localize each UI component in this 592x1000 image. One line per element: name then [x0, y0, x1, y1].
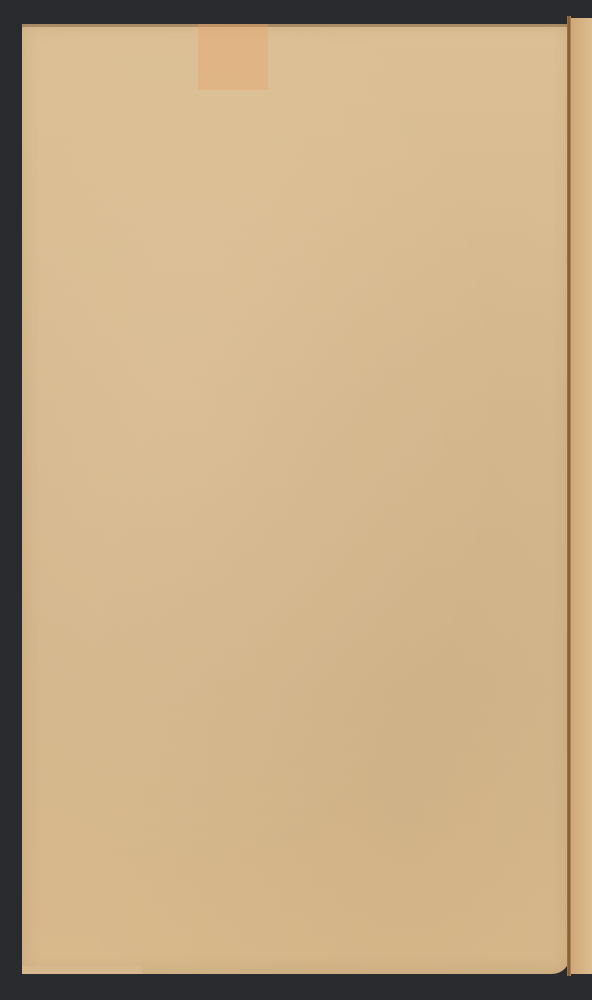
page-bottom-edge — [22, 966, 142, 974]
adjacent-page-edge — [571, 18, 592, 974]
blank-book-page — [22, 24, 570, 974]
faded-stamp-mark — [198, 24, 268, 90]
scan-background — [0, 0, 592, 1000]
